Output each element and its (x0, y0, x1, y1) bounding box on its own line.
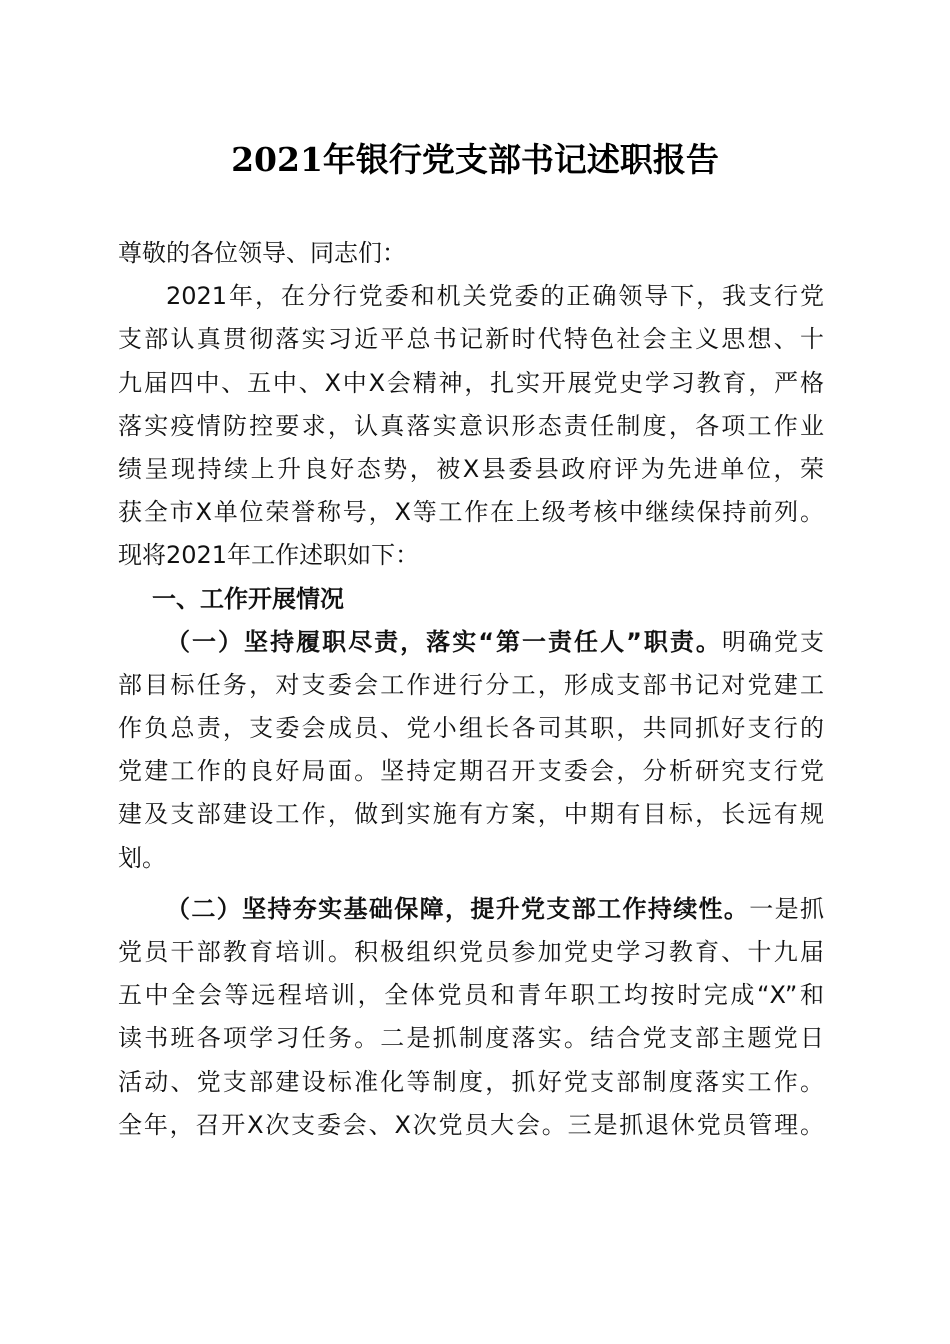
subsection-2-first-line-rest: 一是抓 (749, 895, 824, 923)
paragraph-line: 现将2021年工作述职如下： (118, 534, 824, 577)
document-body: 尊敬的各位领导、同志们： 2021年，在分行党委和机关党委的正确领导下，我支行党… (118, 232, 824, 1147)
paragraph-line: （二）坚持夯实基础保障，提升党支部工作持续性。一是抓 (118, 888, 824, 931)
subsection-1-paragraph: （一）坚持履职尽责，落实“第一责任人”职责。明确党支 部目标任务，对支委会工作进… (118, 621, 824, 880)
section-heading: 一、工作开展情况 (118, 578, 824, 621)
subsection-2-lead: （二）坚持夯实基础保障，提升党支部工作持续性。 (166, 895, 749, 923)
intro-paragraph: 2021年，在分行党委和机关党委的正确领导下，我支行党 支部认真贯彻落实习近平总… (118, 275, 824, 577)
paragraph-line: 建及支部建设工作，做到实施有方案，中期有目标，长远有规 (118, 793, 824, 836)
paragraph-line: 支部认真贯彻落实习近平总书记新时代特色社会主义思想、十 (118, 318, 824, 361)
paragraph-line: 部目标任务，对支委会工作进行分工，形成支部书记对党建工 (118, 664, 824, 707)
paragraph-line: 绩呈现持续上升良好态势，被X县委县政府评为先进单位，荣 (118, 448, 824, 491)
document-page: 2021年银行党支部书记述职报告 尊敬的各位领导、同志们： 2021年，在分行党… (0, 0, 950, 1344)
subsection-2-paragraph: （二）坚持夯实基础保障，提升党支部工作持续性。一是抓 党员干部教育培训。积极组织… (118, 888, 824, 1147)
paragraph-gap (118, 880, 824, 888)
document-title: 2021年银行党支部书记述职报告 (0, 138, 950, 182)
subsection-1-lead: （一）坚持履职尽责，落实“第一责任人”职责。 (166, 628, 722, 656)
paragraph-line: 读书班各项学习任务。二是抓制度落实。结合党支部主题党日 (118, 1017, 824, 1060)
paragraph-line: 划。 (118, 837, 824, 880)
paragraph-line: 九届四中、五中、X中X会精神，扎实开展党史学习教育，严格 (118, 362, 824, 405)
salutation: 尊敬的各位领导、同志们： (118, 232, 824, 275)
paragraph-line: 获全市X单位荣誉称号，X等工作在上级考核中继续保持前列。 (118, 491, 824, 534)
paragraph-line: 党建工作的良好局面。坚持定期召开支委会，分析研究支行党 (118, 750, 824, 793)
paragraph-line: （一）坚持履职尽责，落实“第一责任人”职责。明确党支 (118, 621, 824, 664)
paragraph-line: 党员干部教育培训。积极组织党员参加党史学习教育、十九届 (118, 931, 824, 974)
paragraph-line: 落实疫情防控要求，认真落实意识形态责任制度，各项工作业 (118, 405, 824, 448)
paragraph-line: 全年，召开X次支委会、X次党员大会。三是抓退休党员管理。 (118, 1104, 824, 1147)
subsection-1-first-line-rest: 明确党支 (722, 628, 824, 656)
paragraph-line: 2021年，在分行党委和机关党委的正确领导下，我支行党 (118, 275, 824, 318)
paragraph-line: 作负总责，支委会成员、党小组长各司其职，共同抓好支行的 (118, 707, 824, 750)
paragraph-line: 活动、党支部建设标准化等制度，抓好党支部制度落实工作。 (118, 1061, 824, 1104)
paragraph-line: 五中全会等远程培训，全体党员和青年职工均按时完成“X”和 (118, 974, 824, 1017)
